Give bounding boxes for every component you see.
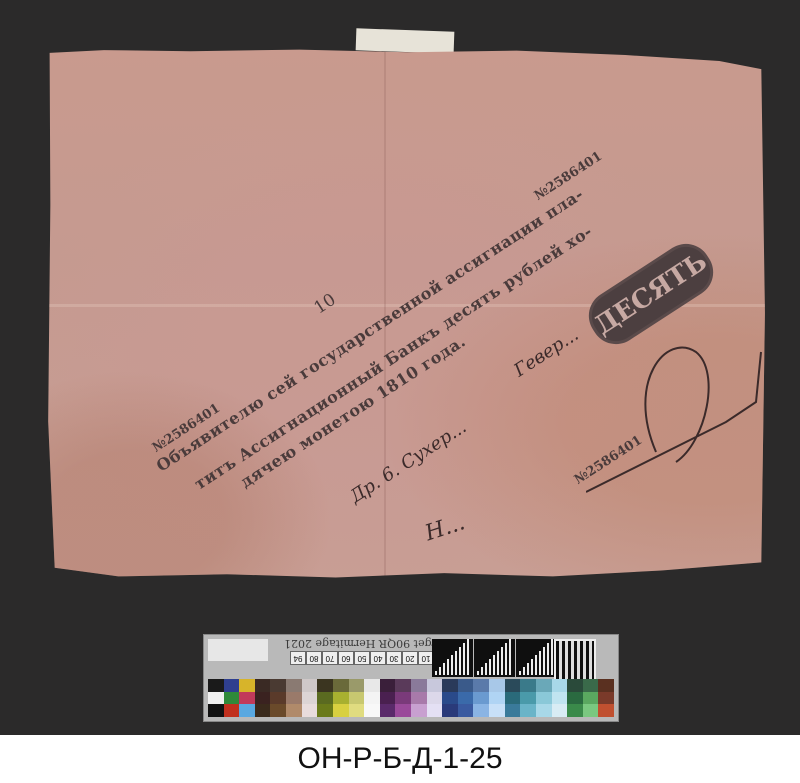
color-patch [458, 704, 474, 717]
color-patch [583, 692, 599, 705]
color-patch [598, 704, 614, 717]
color-patch [286, 692, 302, 705]
color-patch [364, 692, 380, 705]
color-patch [333, 704, 349, 717]
color-patch [552, 692, 568, 705]
resolution-wedge-1 [432, 639, 473, 677]
color-patch [427, 704, 443, 717]
gray-step: 70 [322, 651, 338, 665]
signature: Н... [422, 510, 468, 546]
color-patch [583, 679, 599, 692]
color-patch [349, 679, 365, 692]
gray-step: 80 [306, 651, 322, 665]
color-patch [270, 704, 286, 717]
color-patch [224, 692, 240, 705]
banknote-assignat: 10 №2586401 №2586401 Объявителю сей госу… [46, 42, 770, 584]
color-patch [317, 679, 333, 692]
color-patch [380, 692, 396, 705]
color-patch [536, 704, 552, 717]
color-patch [598, 692, 614, 705]
color-patch [286, 704, 302, 717]
color-patch [411, 679, 427, 692]
gray-step: 20 [402, 651, 418, 665]
color-patch [598, 679, 614, 692]
color-patch [270, 679, 286, 692]
color-patch [286, 679, 302, 692]
color-patch [489, 704, 505, 717]
gray-step: 60 [338, 651, 354, 665]
color-patch [270, 692, 286, 705]
color-patch [239, 704, 255, 717]
color-patch [239, 692, 255, 705]
color-patch [317, 704, 333, 717]
color-patch [364, 679, 380, 692]
target-label-area [208, 639, 268, 661]
color-patch [411, 692, 427, 705]
color-patch [411, 704, 427, 717]
color-patch [442, 692, 458, 705]
color-patch [380, 704, 396, 717]
color-patch [302, 704, 318, 717]
note-text-line-1: Объявителю сей государственной ассигнаци… [153, 184, 587, 475]
color-calibration-target: Target 90QR Hermitage 2021 2102030405060… [203, 634, 619, 722]
color-patch [255, 704, 271, 717]
color-patch [395, 692, 411, 705]
resolution-wedge-3 [516, 639, 557, 677]
color-patch [473, 692, 489, 705]
qr-code [554, 639, 596, 681]
color-patch [505, 704, 521, 717]
color-patch [395, 704, 411, 717]
color-patch [473, 704, 489, 717]
color-patch [552, 704, 568, 717]
color-patch [520, 679, 536, 692]
color-patch [239, 679, 255, 692]
color-patch [458, 679, 474, 692]
color-patch [552, 679, 568, 692]
color-patch [333, 692, 349, 705]
note-text-line-3: дячею монетою 1810 года. [237, 331, 469, 491]
color-patch [208, 679, 224, 692]
color-patch [302, 692, 318, 705]
color-patch-grid [208, 679, 614, 717]
color-patch [583, 704, 599, 717]
signature-flourish [586, 322, 776, 502]
color-patch [333, 679, 349, 692]
color-patch [520, 692, 536, 705]
color-patch [489, 692, 505, 705]
color-patch [380, 679, 396, 692]
color-patch [224, 704, 240, 717]
color-patch [442, 679, 458, 692]
color-patch [567, 692, 583, 705]
color-patch [349, 692, 365, 705]
gray-step: 30 [386, 651, 402, 665]
handwritten-note-2: Гевер... [510, 324, 582, 381]
color-patch [567, 704, 583, 717]
color-patch [567, 679, 583, 692]
handwritten-note-1: Др. 6. Сухер... [346, 417, 470, 508]
color-patch [536, 679, 552, 692]
color-patch [317, 692, 333, 705]
color-patch [364, 704, 380, 717]
color-patch [489, 679, 505, 692]
gray-step: 94 [290, 651, 306, 665]
color-patch [473, 679, 489, 692]
resolution-wedge-2 [474, 639, 515, 677]
catalog-caption: ОН-Р-Б-Д-1-25 [0, 735, 800, 783]
photograph-background: 10 №2586401 №2586401 Объявителю сей госу… [0, 0, 800, 735]
color-patch [442, 704, 458, 717]
color-patch [536, 692, 552, 705]
color-patch [458, 692, 474, 705]
target-title: Target 90QR Hermitage 2021 [284, 637, 450, 650]
color-patch [255, 692, 271, 705]
color-patch [349, 704, 365, 717]
color-patch [505, 692, 521, 705]
color-patch [427, 679, 443, 692]
color-patch [224, 679, 240, 692]
paper-tape [356, 28, 455, 53]
gray-step: 50 [354, 651, 370, 665]
color-patch [208, 704, 224, 717]
color-patch [208, 692, 224, 705]
color-patch [427, 692, 443, 705]
color-patch [395, 679, 411, 692]
color-patch [302, 679, 318, 692]
gray-step-scale: 2102030405060708094 [290, 651, 450, 665]
color-patch [520, 704, 536, 717]
color-patch [505, 679, 521, 692]
denomination-numeral: 10 [311, 290, 340, 319]
color-patch [255, 679, 271, 692]
gray-step: 40 [370, 651, 386, 665]
